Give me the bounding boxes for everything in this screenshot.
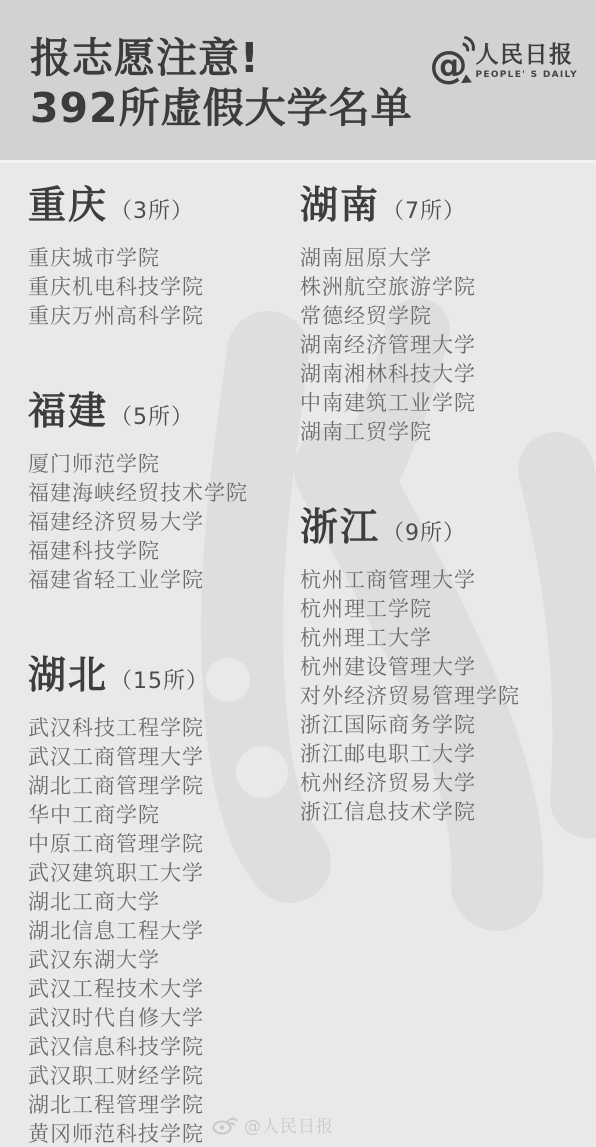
university-name: 厦门师范学院	[28, 450, 290, 479]
title-line2: 392所虚假大学名单	[30, 83, 413, 133]
page-title: 报志愿注意! 392所虚假大学名单	[30, 33, 413, 133]
footer-watermark: @人民日报	[212, 1112, 334, 1137]
university-name: 杭州理工学院	[300, 595, 592, 624]
university-name: 武汉科技工程学院	[28, 714, 290, 743]
province-count: （15所）	[110, 658, 209, 706]
university-name: 湖北工商大学	[28, 888, 290, 917]
university-name: 浙江信息技术学院	[300, 798, 592, 827]
university-name: 武汉工商管理大学	[28, 743, 290, 772]
university-name: 杭州工商管理大学	[300, 566, 592, 595]
university-name: 湖南屈原大学	[300, 244, 592, 273]
university-name: 杭州建设管理大学	[300, 653, 592, 682]
university-name: 武汉东湖大学	[28, 946, 290, 975]
university-name: 对外经济贸易管理学院	[300, 682, 592, 711]
column-left: 重庆 （3所） 重庆城市学院重庆机电科技学院重庆万州高科学院 福建 （5所） 厦…	[28, 163, 290, 1147]
university-name: 重庆万州高科学院	[28, 302, 290, 331]
province-title: 浙江 （9所）	[300, 503, 592, 558]
province-title: 湖南 （7所）	[300, 181, 592, 236]
university-name: 武汉时代自修大学	[28, 1004, 290, 1033]
title-line1: 报志愿注意!	[30, 33, 413, 83]
column-right: 湖南 （7所） 湖南屈原大学株洲航空旅游学院常德经贸学院湖南经济管理大学湖南湘林…	[300, 163, 592, 827]
section-hunan: 湖南 （7所） 湖南屈原大学株洲航空旅游学院常德经贸学院湖南经济管理大学湖南湘林…	[300, 181, 592, 447]
province-count: （5所）	[110, 394, 194, 442]
peoples-daily-logo: @ 人民日报 PEOPLE' S DAILY	[429, 42, 578, 86]
province-name: 福建	[28, 387, 108, 435]
province-name: 重庆	[28, 181, 108, 229]
at-megaphone-icon: @	[429, 44, 467, 86]
logo-subtitle: PEOPLE' S DAILY	[475, 70, 578, 80]
logo-name: 人民日报	[475, 42, 578, 68]
university-name: 重庆城市学院	[28, 244, 290, 273]
university-list: 武汉科技工程学院武汉工商管理大学湖北工商管理学院华中工商学院中原工商管理学院武汉…	[28, 714, 290, 1147]
section-chongqing: 重庆 （3所） 重庆城市学院重庆机电科技学院重庆万州高科学院	[28, 181, 290, 331]
university-name: 湖北信息工程大学	[28, 917, 290, 946]
university-name: 武汉工程技术大学	[28, 975, 290, 1004]
university-name: 武汉职工财经学院	[28, 1062, 290, 1091]
university-name: 常德经贸学院	[300, 302, 592, 331]
footer-watermark-text: @人民日报	[244, 1112, 334, 1137]
university-list: 厦门师范学院福建海峡经贸技术学院福建经济贸易大学福建科技学院福建省轻工业学院	[28, 450, 290, 595]
university-name: 杭州经济贸易大学	[300, 769, 592, 798]
province-title: 福建 （5所）	[28, 387, 290, 442]
university-name: 湖南湘林科技大学	[300, 360, 592, 389]
university-name: 武汉建筑职工大学	[28, 859, 290, 888]
university-name: 湖南经济管理大学	[300, 331, 592, 360]
infographic-page: 报志愿注意! 392所虚假大学名单 @ 人民日报 PEOPLE' S DAILY…	[0, 0, 596, 1147]
province-name: 浙江	[300, 503, 380, 551]
province-count: （3所）	[110, 188, 194, 236]
province-count: （7所）	[382, 188, 466, 236]
university-name: 华中工商学院	[28, 801, 290, 830]
university-name: 福建省轻工业学院	[28, 566, 290, 595]
province-count: （9所）	[382, 510, 466, 558]
university-name: 株洲航空旅游学院	[300, 273, 592, 302]
university-name: 杭州理工大学	[300, 624, 592, 653]
university-name: 福建海峡经贸技术学院	[28, 479, 290, 508]
weibo-icon	[212, 1115, 238, 1135]
university-name: 中南建筑工业学院	[300, 389, 592, 418]
university-name: 浙江邮电职工大学	[300, 740, 592, 769]
header-band: 报志愿注意! 392所虚假大学名单 @ 人民日报 PEOPLE' S DAILY	[0, 0, 596, 163]
university-name: 中原工商管理学院	[28, 830, 290, 859]
university-name: 湖南工贸学院	[300, 418, 592, 447]
university-name: 重庆机电科技学院	[28, 273, 290, 302]
section-fujian: 福建 （5所） 厦门师范学院福建海峡经贸技术学院福建经济贸易大学福建科技学院福建…	[28, 387, 290, 595]
province-title: 重庆 （3所）	[28, 181, 290, 236]
province-title: 湖北 （15所）	[28, 651, 290, 706]
university-name: 湖北工商管理学院	[28, 772, 290, 801]
university-list: 杭州工商管理大学杭州理工学院杭州理工大学杭州建设管理大学对外经济贸易管理学院浙江…	[300, 566, 592, 827]
section-zhejiang: 浙江 （9所） 杭州工商管理大学杭州理工学院杭州理工大学杭州建设管理大学对外经济…	[300, 503, 592, 827]
university-list: 重庆城市学院重庆机电科技学院重庆万州高科学院	[28, 244, 290, 331]
province-name: 湖南	[300, 181, 380, 229]
province-name: 湖北	[28, 651, 108, 699]
university-name: 福建科技学院	[28, 537, 290, 566]
university-name: 武汉信息科技学院	[28, 1033, 290, 1062]
university-name: 福建经济贸易大学	[28, 508, 290, 537]
university-list: 湖南屈原大学株洲航空旅游学院常德经贸学院湖南经济管理大学湖南湘林科技大学中南建筑…	[300, 244, 592, 447]
section-hubei: 湖北 （15所） 武汉科技工程学院武汉工商管理大学湖北工商管理学院华中工商学院中…	[28, 651, 290, 1147]
logo-text: 人民日报 PEOPLE' S DAILY	[475, 42, 578, 80]
university-name: 浙江国际商务学院	[300, 711, 592, 740]
